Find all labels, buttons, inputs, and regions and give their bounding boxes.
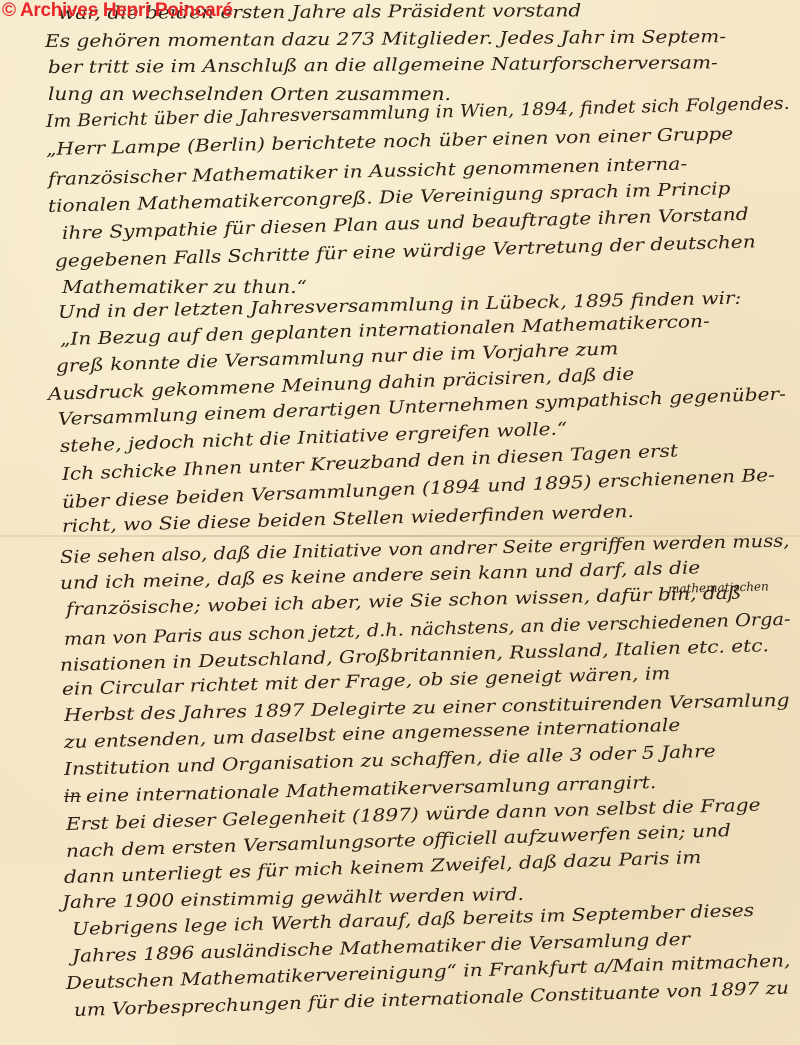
struck-word: in [64, 787, 81, 807]
interlinear-insertion: mathematischen [668, 579, 769, 596]
letter-line: „Herr Lampe (Berlin) berichtete noch übe… [46, 124, 734, 160]
letter-line: Mathematiker zu thun.“ [62, 278, 307, 298]
letter-line: ber tritt sie im Anschluß an die allgeme… [48, 53, 718, 78]
archive-watermark: © Archives Henri Poincaré [2, 0, 233, 22]
letter-page: © Archives Henri Poincaré war, die beide… [0, 0, 800, 1045]
letter-line: Es gehören momentan dazu 273 Mitglieder.… [45, 27, 726, 52]
letter-line: lung an wechselnden Orten zusammen. [48, 85, 451, 105]
